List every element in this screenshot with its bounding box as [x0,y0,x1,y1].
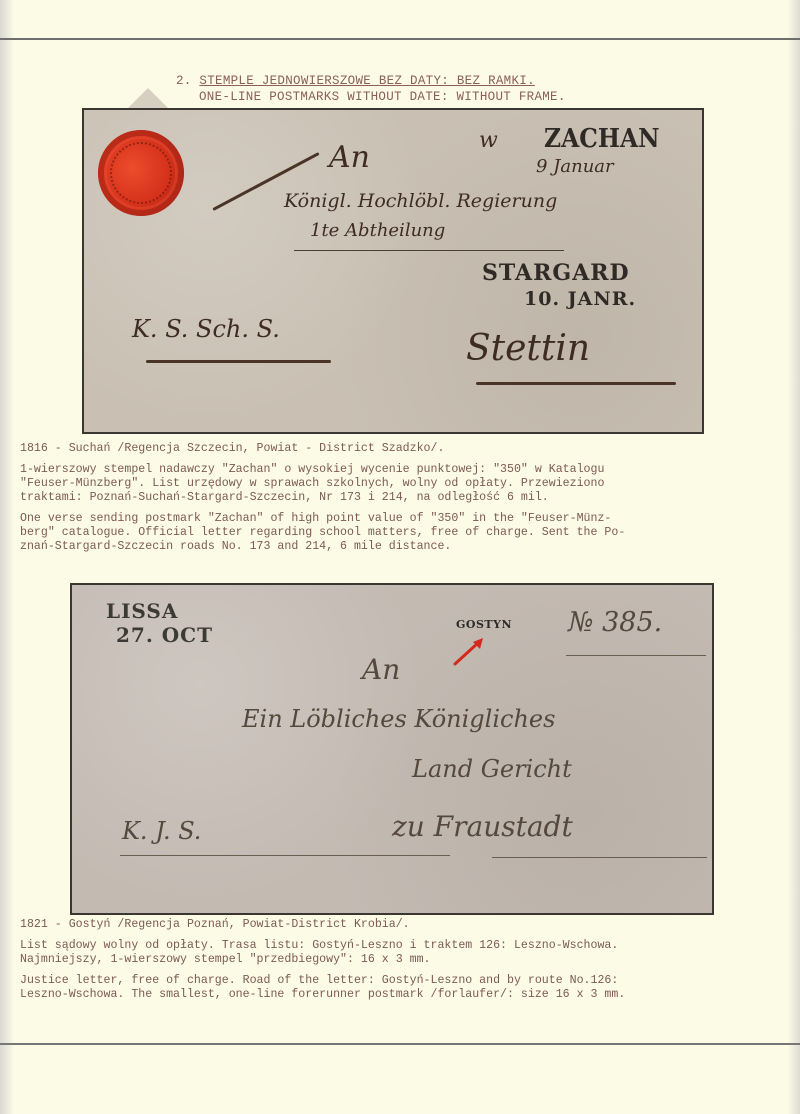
top-rule [0,38,800,40]
postmark-lissa: LISSA [106,599,178,623]
heading-polish: STEMPLE JEDNOWIERSZOWE BEZ DATY: BEZ RAM… [199,74,534,88]
manuscript-service-note: K. J. S. [122,817,201,845]
caption-1816-title: 1816 - Suchań /Regencja Szczecin, Powiat… [20,442,780,456]
postmark-lissa-date: 27. OCT [116,623,213,647]
destination-underline [476,382,676,385]
manuscript-address-an: An [329,140,370,175]
postmark-stargard: STARGARD [482,260,630,286]
cover-1816-zachan: w ZACHAN 9 Januar An Königl. Hochlöbl. R… [84,110,702,432]
caption-1816-polish: 1-wierszowy stempel nadawczy "Zachan" o … [20,463,780,505]
manuscript-letter-number: № 385. [568,607,662,638]
manuscript-address-court: Ein Löbliches Königliches [242,705,555,733]
caption-1821: 1821 - Gostyń /Regencja Poznań, Powiat-D… [20,918,780,1009]
postmark-zachan: ZACHAN [544,124,660,154]
manuscript-service-note: K. S. Sch. S. [132,315,280,343]
red-wax-seal [98,130,184,216]
postmark-stargard-date: 10. JANR. [524,288,636,310]
heading-number: 2. [176,74,192,88]
postmark-gostyn: GOSTYN [456,618,512,631]
manuscript-date: 9 Januar [536,156,614,177]
page-right-edge-shadow [788,0,800,1114]
service-note-underline [146,360,331,363]
page-left-edge-shadow [0,0,14,1114]
manuscript-origin-note: w [479,128,498,153]
red-arrow-icon [452,636,486,666]
seal-ring [110,142,172,204]
service-note-underline [120,855,450,856]
bottom-rule [0,1043,800,1045]
heading-english: ONE-LINE POSTMARKS WITHOUT DATE: WITHOUT… [176,89,566,105]
caption-1821-title: 1821 - Gostyń /Regencja Poznań, Powiat-D… [20,918,780,932]
page-heading: 2. STEMPLE JEDNOWIERSZOWE BEZ DATY: BEZ … [176,73,566,105]
destination-underline [492,857,707,858]
caption-1821-english: Justice letter, free of charge. Road of … [20,974,780,1002]
cover-1821-gostyn: LISSA 27. OCT GOSTYN № 385. An Ein Löbli… [72,585,712,913]
caption-1816-english: One verse sending postmark "Zachan" of h… [20,512,780,554]
manuscript-address-land-court: Land Gericht [412,755,572,783]
manuscript-address-authority: Königl. Hochlöbl. Regierung [284,190,557,212]
address-underline [294,250,564,251]
caption-1821-polish: List sądowy wolny od opłaty. Trasa listu… [20,939,780,967]
letter-number-underline [566,655,706,656]
heading-polish-line: 2. STEMPLE JEDNOWIERSZOWE BEZ DATY: BEZ … [176,73,566,89]
manuscript-address-an: An [362,653,400,686]
manuscript-destination: zu Fraustadt [392,810,573,843]
manuscript-destination: Stettin [466,328,590,369]
caption-1816: 1816 - Suchań /Regencja Szczecin, Powiat… [20,442,780,561]
manuscript-address-department: 1te Abtheilung [310,220,445,241]
